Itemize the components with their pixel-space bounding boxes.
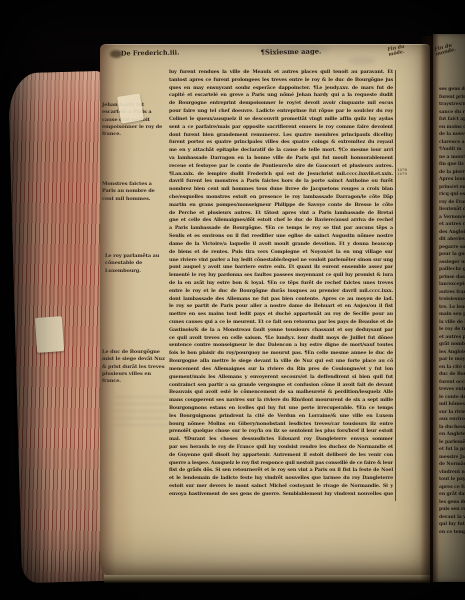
body-text-line: assieger une	[439, 259, 465, 267]
body-text-line: capité et escartelé en greve a Paris ung…	[169, 92, 393, 100]
corner-annotation-right-page: Fin du monde.	[434, 40, 465, 58]
body-text-line: prins/et eut	[439, 184, 465, 192]
margin-note: Le roy parlamẽta au cõnestable de Luxemb…	[102, 253, 169, 275]
body-text-line: martin en grans pompes/monseigneur Phili…	[169, 202, 393, 210]
body-text-line: contrainct sen partir a sa grande vergon…	[169, 382, 393, 390]
body-text-line: mans coupperent ses navires sur la rivie…	[169, 397, 393, 405]
body-text-column: luy furent rendues la ville de Meaulx et…	[169, 69, 393, 501]
body-text-line: troisiesme io	[439, 296, 465, 304]
body-text-line: Bourgogne alla mettre le siege devant la…	[169, 358, 393, 366]
body-text-line: a Vernon/e t	[439, 214, 465, 222]
body-text-line: duc de Bour	[439, 371, 465, 379]
body-text-line: mil hõmes d	[439, 401, 465, 409]
body-text-line: les Anglois	[439, 349, 465, 357]
body-text-line: Apres louue	[439, 176, 465, 184]
body-text-line: par ses heraulx le roy de France quil lu…	[169, 444, 393, 452]
body-text-line: lementé le roy luy pardonna ses faultes …	[169, 272, 393, 280]
margin-notes: Jehan hardy fut escartelé a Paris a caus…	[100, 44, 169, 577]
body-text-line: et fut la paix	[439, 446, 465, 454]
body-text-line: envoya hastivement de ses gens de guerre…	[169, 491, 393, 499]
body-text-line: cunes causes qui a ce le meurent. Et ce …	[169, 319, 393, 327]
body-text-line: main sen par	[439, 311, 465, 319]
body-text-line: va lambassade Darragon en la bonne ville…	[169, 155, 393, 163]
body-text-line: nombrez bien cent mil hommes tous dune l…	[169, 186, 393, 194]
body-text-line: par le moyen	[439, 356, 465, 364]
body-text-line: furent prins	[439, 94, 465, 102]
body-text-line: receue et festoyee par le conte de Ponti…	[169, 163, 393, 171]
body-text-line: et le lendemain de ladicte feste luy vin…	[169, 475, 393, 483]
body-text-line: tre. Le lende	[439, 304, 465, 312]
body-text-line: le roy de fra	[439, 326, 465, 334]
body-text-line: mencement des Allemaignes sur la riviere…	[169, 366, 393, 374]
body-text-line: lan/excepté	[439, 281, 465, 289]
body-text-line: clarence a f	[439, 139, 465, 147]
body-text-line: dont lambassade des Allemans ne fut pas …	[169, 296, 393, 304]
corner-annotation-left-page: Fin du mõde.	[387, 42, 419, 58]
body-text-line: me en y attachãt epitaphe declaratif de …	[169, 147, 393, 155]
column-rule	[395, 70, 396, 501]
body-text-line: fut faict app	[439, 116, 465, 124]
margin-year-note: 1478 1479	[397, 168, 411, 176]
body-text-line: pegarre son	[439, 244, 465, 252]
body-text-line: de Perche et plusieurs autres. Et tãtost…	[169, 210, 393, 218]
body-text-line: grãt nombre	[439, 341, 465, 349]
body-text-line: en la cité de	[439, 364, 465, 372]
body-text-line: de Guyenne quil disoit luy appartenir. A…	[169, 452, 393, 460]
body-text-line: guement/mais les Allemans y envoyerent s…	[169, 374, 393, 382]
body-text-line: et autres ch	[439, 221, 465, 229]
body-text-line: et autres pla	[439, 334, 465, 342]
body-text-line: tout le pays d	[439, 476, 465, 484]
body-text-line: davril furent les monstres a Paris faict…	[169, 178, 393, 186]
left-page: De Frederich.iii. ¶Sixiesme aage. Fin du…	[100, 44, 430, 577]
body-text-line: prinse dassa	[439, 274, 465, 282]
body-text-line: querre a lespee. Ausquelz le roy fist re…	[169, 460, 393, 468]
body-text-line: de biens et de rentes. Puis tira vers Co…	[169, 249, 393, 257]
body-text-line: ses gens de l	[439, 86, 465, 94]
body-text-line: ne a mourir	[439, 154, 465, 162]
body-text-line: Bourgongnons estans en icelles qui luy f…	[169, 405, 393, 413]
body-text-line: pour faire ung tel chef doeuvre. Ladicte…	[169, 108, 393, 116]
body-text-line: roy de Franc	[439, 199, 465, 207]
body-text-line: a Paris lambassade de Bourgõgne. ¶En ce …	[169, 225, 393, 233]
bookmark-tab	[117, 93, 144, 123]
body-text-line: furent portez es quatre principales vill…	[169, 139, 393, 147]
body-text-line: de Bourgogne entreprint dempoisonner le …	[169, 100, 393, 108]
body-text-line: une riviere vint parler a luy ledit cõne…	[169, 257, 393, 265]
right-page-text-strip: ses gens de lfurent prinstraystres/mesan…	[439, 86, 465, 541]
body-text-line: Senlis et es environs ou il fist reedifi…	[169, 233, 393, 241]
body-text-line: de la pierre/	[439, 169, 465, 177]
body-text-line: de la en avãt luy estre bon & loyal. ¶En…	[169, 280, 393, 288]
body-text-line: la ville de R	[439, 319, 465, 327]
page-bottom-edge	[104, 575, 430, 583]
body-text-line: apres ce fut f	[439, 484, 465, 492]
body-text-line: ce quil avoit treves en celle saison. ¶L…	[169, 335, 393, 343]
body-text-line: le conte de S	[439, 394, 465, 402]
body-text-line: fist de grãds dõs. Si sen retournerẽt et…	[169, 467, 393, 475]
body-text-line: en ce temps f	[439, 529, 465, 537]
body-text-line: en Angleterr	[439, 431, 465, 439]
body-text-line: mal. ¶Durant les choses dessusdictes Edo…	[169, 436, 393, 444]
body-text-line: fois le bon plaisir du roy/pourquoy ne m…	[169, 350, 393, 358]
body-text-line: sent a ce parfaire/mais par opposite sac…	[169, 124, 393, 132]
body-text-line: la duchesse d	[439, 424, 465, 432]
body-text-line: dit aberieud	[439, 236, 465, 244]
body-text-line: de la nouvel	[439, 131, 465, 139]
body-text-line: entre le roy et le duc de Bourgõgne durã…	[169, 288, 393, 296]
book-photo: De Frederich.iii. ¶Sixiesme aage. Fin du…	[0, 0, 465, 600]
body-text-line: qui luy fut re	[439, 521, 465, 529]
body-text-line: estoit sur mer devers le mont sainct Mic…	[169, 483, 393, 491]
body-text-line: ¶Lan.xxix. de lempire dudit Frederich qu…	[169, 171, 393, 179]
body-text-line: fin que ilz e	[439, 161, 465, 169]
body-text-line: en moins de	[439, 124, 465, 132]
body-text-line: les Bourguignons prindrent la cité de Ve…	[169, 413, 393, 421]
body-text-line: autres franc	[439, 289, 465, 297]
body-text-line: pont auquel y avoit une barriere entre e…	[169, 264, 393, 272]
body-text-line: luy furent rendues la ville de Meaulx et…	[169, 69, 393, 77]
body-text-line: che/esquelles monstres estoit en presenc…	[169, 194, 393, 202]
body-text-line: gne et celle des Allemaignes/dõt estoit …	[169, 217, 393, 225]
body-text-line: en grãt dang	[439, 491, 465, 499]
body-text-line: le roy se partit de Paris pour aller a n…	[169, 303, 393, 311]
body-text-line: aux environs	[439, 416, 465, 424]
body-text-line: dont furent bien grandement remunerez. L…	[169, 132, 393, 140]
body-text-line: puis sen reto	[439, 506, 465, 514]
body-text-line: furent occis	[439, 379, 465, 387]
body-text-line: dame de la Victoire/a laquelle il avoit …	[169, 241, 393, 249]
margin-note: Monstres faictes a Paris au nombre de ce…	[102, 181, 166, 203]
body-text-line: messire Jaqs	[439, 454, 465, 462]
body-text-line: devant la vill	[439, 514, 465, 522]
body-text-line: ques en may ensuyvant soubz esperãce dap…	[169, 85, 393, 93]
right-page-edge: Fin du monde. ses gens de lfurent prinst…	[433, 34, 465, 582]
body-text-line: bourg nõmee Molins en Gibery/nonobstant …	[169, 421, 393, 429]
body-text-line: prenoiẽt quelque chose sur le roy/la ou …	[169, 428, 393, 436]
body-text-line: pour la guer	[439, 251, 465, 259]
paper-smudge	[348, 57, 376, 65]
body-text-line: ¶Audit m	[439, 146, 465, 154]
body-text-line: ricq qui est d	[439, 191, 465, 199]
body-text-line: lieutenãt du	[439, 206, 465, 214]
body-text-line: mettre en ses mains tout ledit pays et d…	[169, 311, 393, 319]
bookmark-tab	[35, 316, 64, 353]
body-text-line: Beauvais qui avoit esté le cõmencement d…	[169, 389, 393, 397]
show-through-marks	[114, 396, 168, 426]
body-text-line: tantost apres ce furent prolongees les t…	[169, 77, 393, 85]
body-text-line: treves entre	[439, 386, 465, 394]
body-text-line: sur la riviere	[439, 409, 465, 417]
margin-note: Le duc de Bourgõgne mist le siege devãt …	[102, 349, 166, 385]
running-header-center: ¶Sixiesme aage.	[226, 47, 356, 57]
body-text-line: vindrent nou	[439, 469, 465, 477]
body-text-line: les gens du ro	[439, 499, 465, 507]
body-text-line: traystres/me	[439, 101, 465, 109]
body-text-line: des Anglois	[439, 229, 465, 237]
body-text-line: Colinet le queux/ausquelz il se descouvr…	[169, 116, 393, 124]
body-text-line: de Normãdie	[439, 461, 465, 469]
body-text-line: le parlemẽt d	[439, 439, 465, 447]
body-text-line: sance du roy	[439, 109, 465, 117]
body-text-line: Gastinois/& de la a Monstreau fault yonn…	[169, 327, 393, 335]
body-text-line: sentence contre monseigneur le duc Dalen…	[169, 342, 393, 350]
body-text-line: paillechz ge	[439, 266, 465, 274]
